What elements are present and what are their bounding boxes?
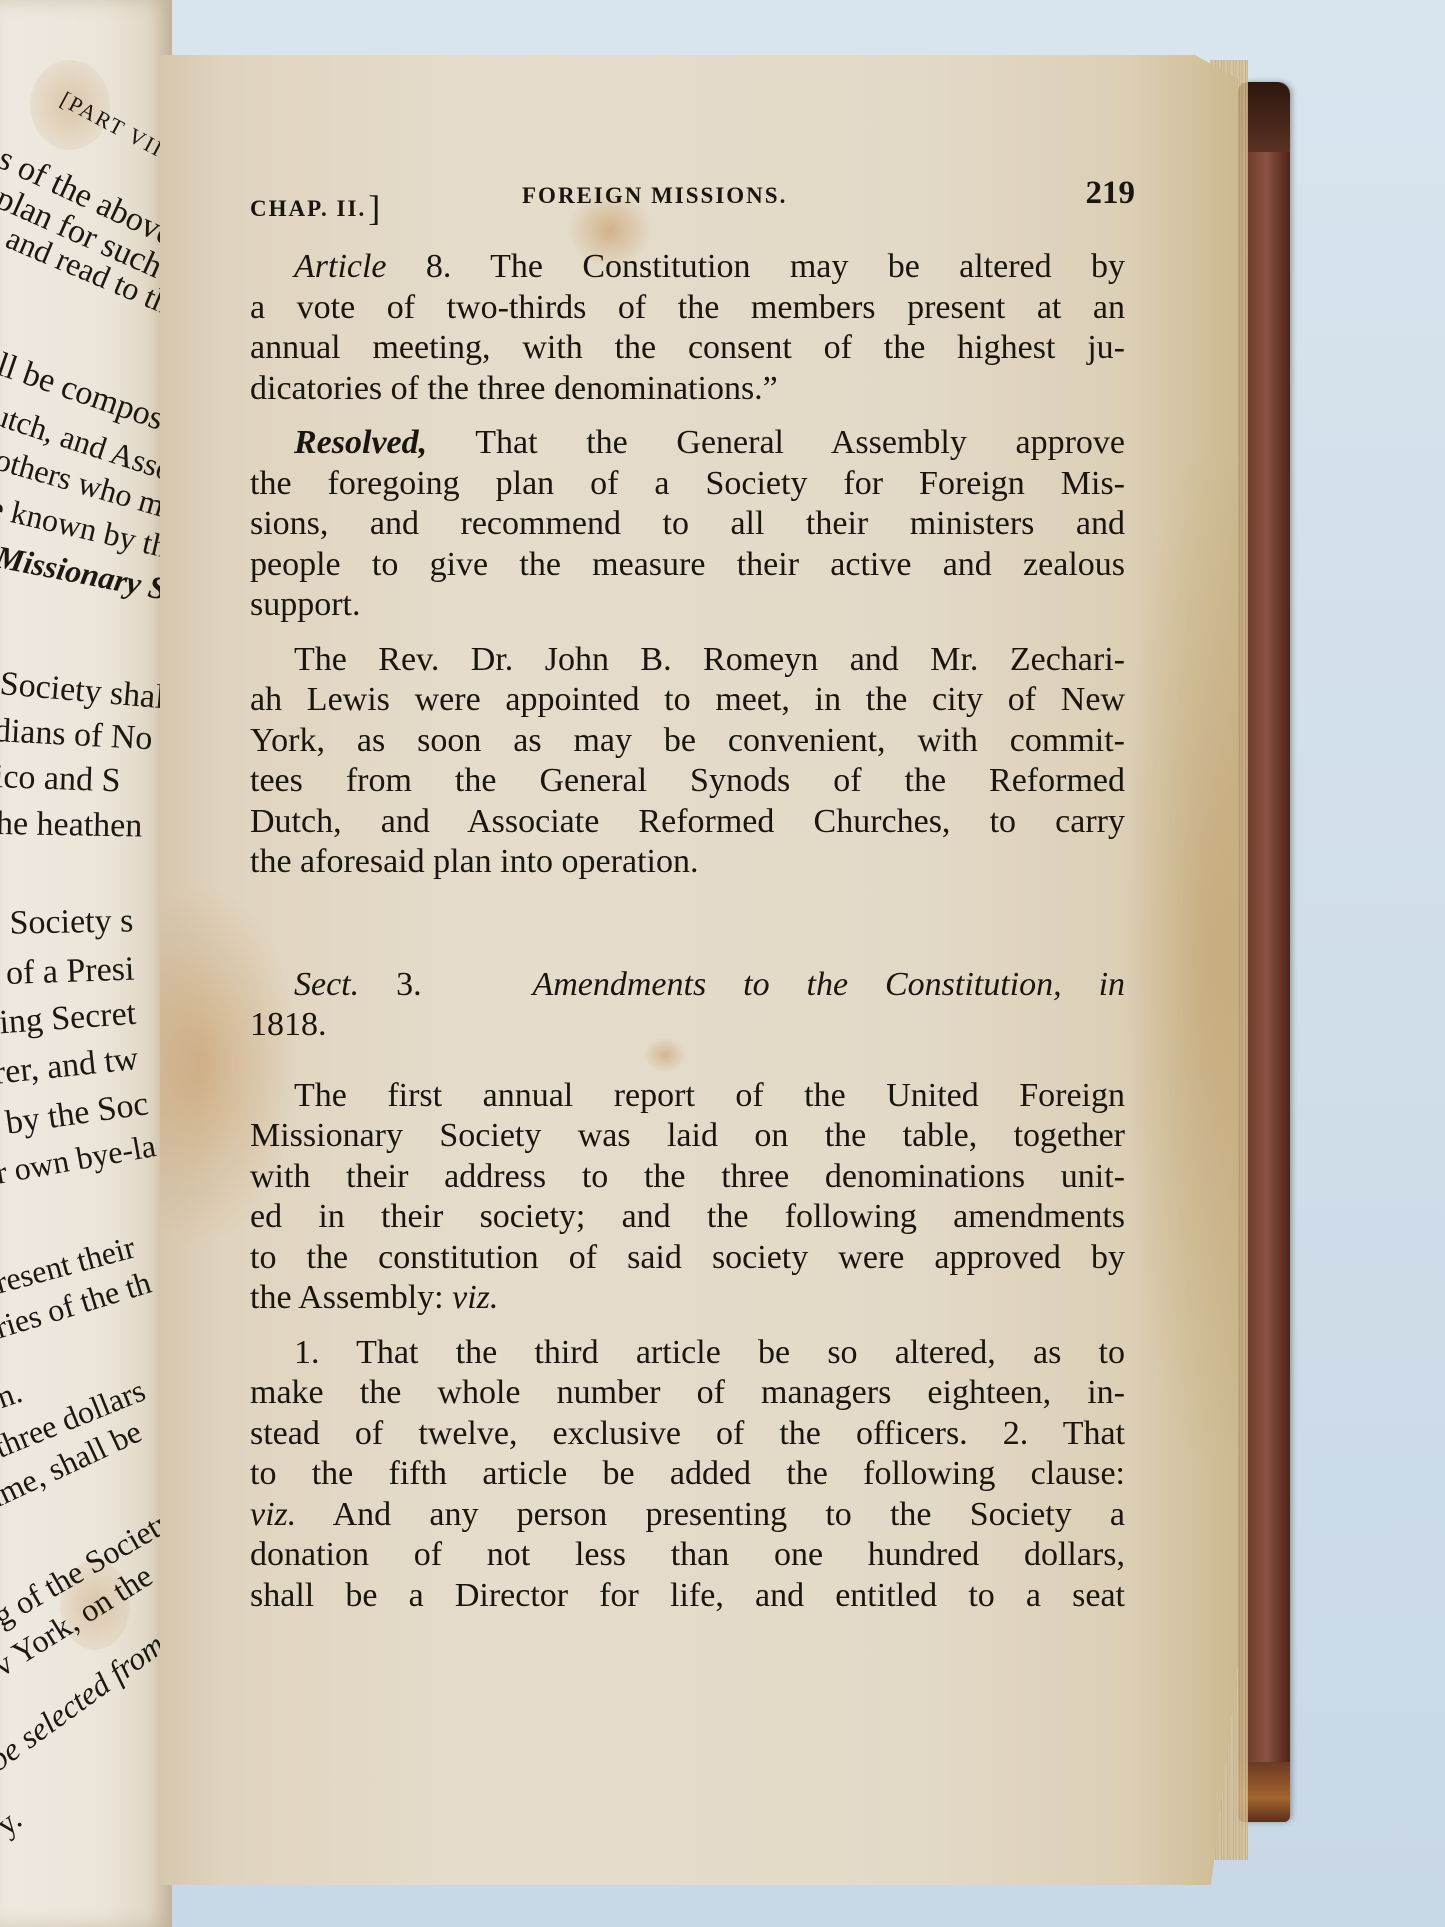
italic-lead: Sect. <box>294 966 359 1003</box>
chapter-label: CHAP. II.] <box>250 183 382 225</box>
italic-viz: viz. <box>250 1496 296 1533</box>
text-line: Missionary Society was laid on the table… <box>250 1116 1125 1157</box>
text-line: donation of not less than one hundred do… <box>250 1535 1125 1576</box>
text-line: make the whole number of managers eighte… <box>250 1373 1125 1414</box>
left-page: [PART VII. s of the above plan for such … <box>0 0 172 1927</box>
left-line-fragment: Society shall <box>0 665 172 718</box>
text-line: Sect. 3. Amendments to the Constitution,… <box>250 965 1125 1006</box>
chapter-bracket: ] <box>368 188 382 228</box>
paragraph-first-annual-report: The first annual report of the United Fo… <box>250 1076 1125 1319</box>
left-line-fragment: he heathen <box>0 805 143 846</box>
text-run: 8. The Constitution may be altered by <box>387 248 1125 285</box>
text-line: viz. And any person presenting to the So… <box>250 1495 1125 1536</box>
text-line: tees from the General Synods of the Refo… <box>250 761 1125 802</box>
text-line: the aforesaid plan into operation. <box>250 842 1125 883</box>
section-heading-sect-3: Sect. 3. Amendments to the Constitution,… <box>250 965 1125 1046</box>
text-line: Dutch, and Associate Reformed Churches, … <box>250 802 1125 843</box>
section-title: Amendments to the Constitution, in <box>532 966 1125 1003</box>
text-line: people to give the measure their active … <box>250 545 1125 586</box>
left-line-fragment: dians of No <box>0 712 153 758</box>
text-line: with their address to the three denomina… <box>250 1157 1125 1198</box>
left-line-fragment: ico and S <box>0 758 121 800</box>
text-line: a vote of two-thirds of the members pres… <box>250 288 1125 329</box>
text-line: 1818. <box>250 1005 1125 1046</box>
page-number: 219 <box>1086 175 1136 212</box>
chapter-number: CHAP. II. <box>250 196 366 221</box>
text-run: That the General Assembly approve <box>427 424 1125 461</box>
text-line: 1. That the third article be so altered,… <box>250 1333 1125 1374</box>
text-line: to the constitution of said society were… <box>250 1238 1125 1279</box>
text-line: annual meeting, with the consent of the … <box>250 328 1125 369</box>
left-line-fragment: of a Presi <box>5 951 135 993</box>
italic-lead: Article <box>294 248 387 285</box>
left-line-fragment: rer, and tw <box>0 1040 140 1093</box>
text-line: to the fifth article be added the follow… <box>250 1454 1125 1495</box>
text-line: The first annual report of the United Fo… <box>250 1076 1125 1117</box>
text-run: the Assembly: <box>250 1279 452 1316</box>
text-run: And any person presenting to the Society… <box>296 1496 1125 1533</box>
running-title: FOREIGN MISSIONS. <box>522 183 787 209</box>
paragraph-article-8: Article 8. The Constitution may be alter… <box>250 247 1125 409</box>
text-line: support. <box>250 585 1125 626</box>
running-head: CHAP. II.] FOREIGN MISSIONS. 219 <box>250 175 1125 219</box>
paragraph-amendments: 1. That the third article be so altered,… <box>250 1333 1125 1617</box>
left-line-fragment: e Society s <box>0 902 134 943</box>
left-line-fragment: n. <box>0 1373 27 1416</box>
text-line: The Rev. Dr. John B. Romeyn and Mr. Zech… <box>250 640 1125 681</box>
text-line: York, as soon as may be convenient, with… <box>250 721 1125 762</box>
paragraph-resolved: Resolved, That the General Assembly appr… <box>250 423 1125 626</box>
text-run: 3. <box>359 966 421 1003</box>
text-line: stead of twelve, exclusive of the office… <box>250 1414 1125 1455</box>
text-line: shall be a Director for life, and entitl… <box>250 1576 1125 1617</box>
page-text-block: CHAP. II.] FOREIGN MISSIONS. 219 Article… <box>250 175 1125 1616</box>
text-line: Resolved, That the General Assembly appr… <box>250 423 1125 464</box>
left-line-fragment: ling Secret <box>0 995 137 1043</box>
text-line: Article 8. The Constitution may be alter… <box>250 247 1125 288</box>
italic-viz: viz. <box>452 1279 498 1316</box>
text-line: ed in their society; and the following a… <box>250 1197 1125 1238</box>
left-line-fragment: y. <box>0 1800 29 1843</box>
text-line: dicatories of the three denominations.” <box>250 369 1125 410</box>
text-line: ah Lewis were appointed to meet, in the … <box>250 680 1125 721</box>
text-line: the foregoing plan of a Society for Fore… <box>250 464 1125 505</box>
italic-lead: Resolved, <box>294 424 427 461</box>
paragraph-romeyn-appointment: The Rev. Dr. John B. Romeyn and Mr. Zech… <box>250 640 1125 883</box>
text-line: the Assembly: viz. <box>250 1278 1125 1319</box>
text-line: sions, and recommend to all their minist… <box>250 504 1125 545</box>
